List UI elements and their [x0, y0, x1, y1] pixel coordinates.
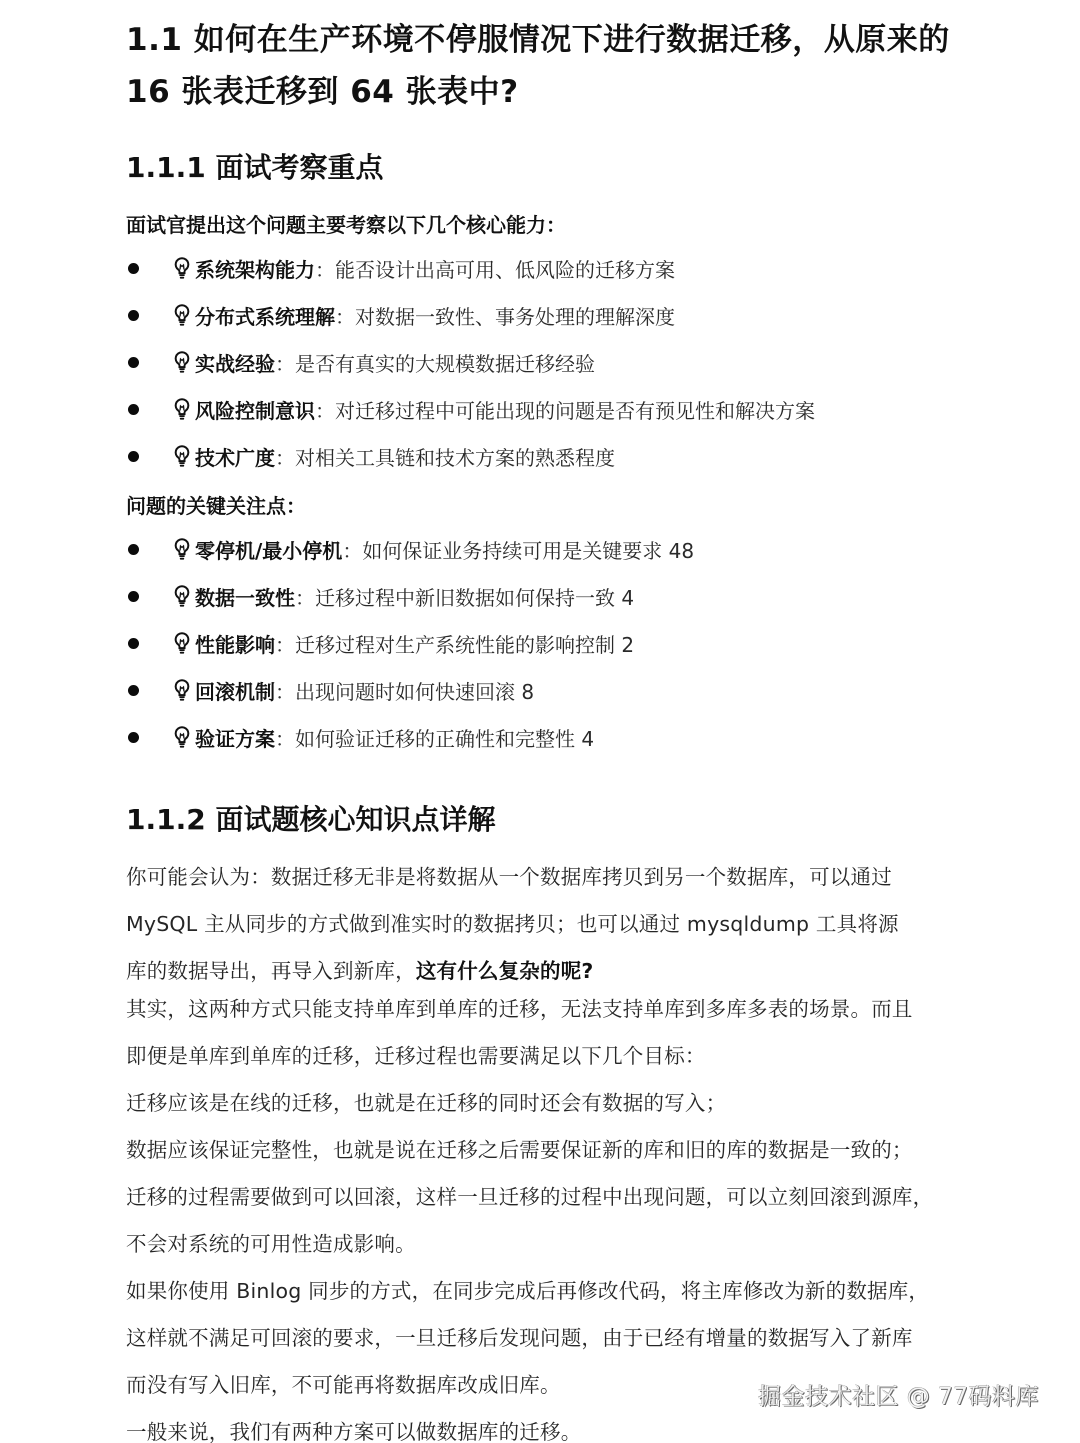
focus-title: 数据一致性	[195, 582, 295, 611]
bullet-icon	[128, 544, 139, 555]
paragraph-line: 如果你使用 Binlog 同步的方式，在同步完成后再修改代码，将主库修改为新的数…	[126, 1274, 929, 1304]
focus-title: 验证方案	[195, 723, 275, 752]
lightbulb-icon	[173, 584, 191, 608]
paragraph-line: MySQL 主从同步的方式做到准实时的数据拷贝；也可以通过 mysqldump …	[126, 907, 899, 937]
focus-desc: 迁移过程中新旧数据如何保持一致 4	[315, 582, 634, 611]
paragraph-text: 库的数据导出，再导入到新库，	[126, 959, 416, 983]
ability-item: 实战经验：是否有真实的大规模数据迁移经验	[126, 347, 595, 377]
focus-desc: 如何验证迁移的正确性和完整性 4	[295, 723, 594, 752]
focus-title: 零停机/最小停机	[195, 535, 342, 564]
focus-item: 数据一致性：迁移过程中新旧数据如何保持一致 4	[126, 581, 634, 611]
lightbulb-icon	[173, 537, 191, 561]
focus-item: 回滚机制：出现问题时如何快速回滚 8	[126, 675, 534, 705]
lightbulb-icon	[173, 678, 191, 702]
bullet-icon	[128, 451, 139, 462]
ability-title: 风险控制意识	[195, 395, 315, 424]
ability-title: 分布式系统理解	[195, 301, 335, 330]
bullet-icon	[128, 404, 139, 415]
lightbulb-icon	[173, 256, 191, 280]
focus-desc: 出现问题时如何快速回滚 8	[295, 676, 534, 705]
bullet-icon	[128, 591, 139, 602]
bullet-icon	[128, 638, 139, 649]
ability-desc: 对相关工具链和技术方案的熟悉程度	[295, 442, 615, 471]
paragraph-line: 这样就不满足可回滚的要求，一旦迁移后发现问题，由于已经有增量的数据写入了新库	[126, 1321, 913, 1351]
page-title-line-2: 16 张表迁移到 64 张表中?	[126, 66, 519, 111]
ability-item: 系统架构能力：能否设计出高可用、低风险的迁移方案	[126, 253, 675, 283]
paragraph-line: 而没有写入旧库，不可能再将数据库改成旧库。	[126, 1368, 561, 1398]
ability-desc: 对数据一致性、事务处理的理解深度	[355, 301, 675, 330]
lightbulb-icon	[173, 725, 191, 749]
ability-title: 实战经验	[195, 348, 275, 377]
focus-item: 验证方案：如何验证迁移的正确性和完整性 4	[126, 722, 594, 752]
paragraph-line: 不会对系统的可用性造成影响。	[126, 1227, 416, 1257]
ability-item: 分布式系统理解：对数据一致性、事务处理的理解深度	[126, 300, 675, 330]
focus-label: 问题的关键关注点：	[126, 490, 306, 519]
emphasis-text: 这有什么复杂的呢?	[416, 959, 594, 983]
ability-item: 技术广度：对相关工具链和技术方案的熟悉程度	[126, 441, 615, 471]
bullet-icon	[128, 685, 139, 696]
page-title-line-1: 1.1 如何在生产环境不停服情况下进行数据迁移，从原来的	[126, 14, 950, 59]
lightbulb-icon	[173, 444, 191, 468]
paragraph-line: 一般来说，我们有两种方案可以做数据库的迁移。	[126, 1415, 581, 1443]
ability-title: 系统架构能力	[195, 254, 315, 283]
section-heading-1-1-2: 1.1.2 面试题核心知识点详解	[126, 798, 495, 838]
focus-desc: 迁移过程对生产系统性能的影响控制 2	[295, 629, 634, 658]
lightbulb-icon	[173, 397, 191, 421]
paragraph-line: 即便是单库到单库的迁移，迁移过程也需要满足以下几个目标：	[126, 1039, 706, 1069]
watermark: 掘金技术社区 @ 77码料库	[758, 1378, 1039, 1411]
focus-desc: 如何保证业务持续可用是关键要求 48	[362, 535, 694, 564]
lightbulb-icon	[173, 303, 191, 327]
focus-title: 回滚机制	[195, 676, 275, 705]
bullet-icon	[128, 310, 139, 321]
paragraph-line: 数据应该保证完整性，也就是说在迁移之后需要保证新的库和旧的库的数据是一致的；	[126, 1133, 913, 1163]
ability-desc: 对迁移过程中可能出现的问题是否有预见性和解决方案	[335, 395, 815, 424]
bullet-icon	[128, 732, 139, 743]
abilities-label: 面试官提出这个问题主要考察以下几个核心能力：	[126, 209, 566, 238]
bullet-icon	[128, 357, 139, 368]
ability-item: 风险控制意识：对迁移过程中可能出现的问题是否有预见性和解决方案	[126, 394, 815, 424]
paragraph-line: 迁移的过程需要做到可以回滚，这样一旦迁移的过程中出现问题，可以立刻回滚到源库，	[126, 1180, 933, 1210]
section-heading-1-1-1: 1.1.1 面试考察重点	[126, 146, 383, 186]
focus-item: 性能影响：迁移过程对生产系统性能的影响控制 2	[126, 628, 634, 658]
paragraph-line: 其实，这两种方式只能支持单库到单库的迁移，无法支持单库到多库多表的场景。而且	[126, 992, 913, 1022]
paragraph-line: 你可能会认为：数据迁移无非是将数据从一个数据库拷贝到另一个数据库，可以通过	[126, 860, 892, 890]
focus-title: 性能影响	[195, 629, 275, 658]
ability-desc: 能否设计出高可用、低风险的迁移方案	[335, 254, 675, 283]
ability-title: 技术广度	[195, 442, 275, 471]
paragraph-line: 迁移应该是在线的迁移，也就是在迁移的同时还会有数据的写入；	[126, 1086, 726, 1116]
paragraph-line: 库的数据导出，再导入到新库，这有什么复杂的呢?	[126, 954, 594, 984]
ability-desc: 是否有真实的大规模数据迁移经验	[295, 348, 595, 377]
bullet-icon	[128, 263, 139, 274]
lightbulb-icon	[173, 631, 191, 655]
lightbulb-icon	[173, 350, 191, 374]
focus-item: 零停机/最小停机：如何保证业务持续可用是关键要求 48	[126, 534, 694, 564]
